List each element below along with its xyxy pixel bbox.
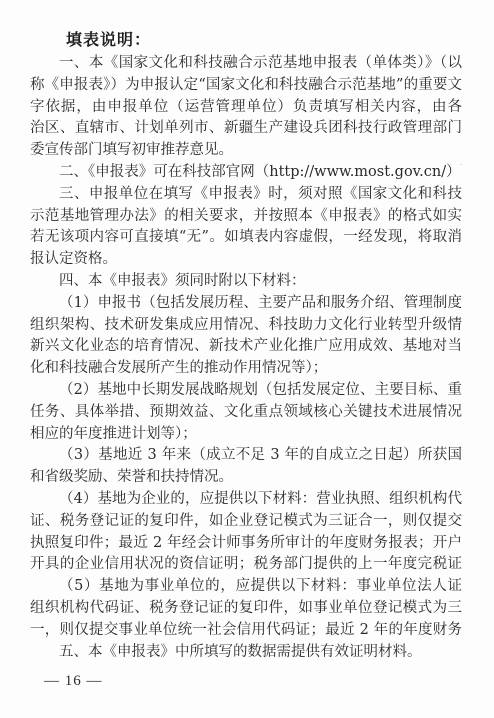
- text-line: （3）基地近 3 年来（成立不足 3 年的自成立之日起）所获国家级: [30, 445, 462, 467]
- text-line: 任务、具体举措、预期效益、文化重点领域核心关键技术进展情况以及: [30, 402, 462, 424]
- text-line: 三、申报单位在填写《申报表》时，须对照《国家文化和科技融合: [30, 184, 462, 206]
- text-line: 称《申报表》）为申报认定“国家文化和科技融合示范基地”的重要文: [30, 75, 462, 97]
- instructions-body: 一、本《国家文化和科技融合示范基地申报表（单体类）》（以下简 称《申报表》）为申…: [30, 53, 462, 663]
- text-line: 组织架构、技术研发集成应用情况、科技助力文化行业转型升级情况、: [30, 315, 462, 337]
- text-line: 示范基地管理办法》的相关要求，并按照本《申报表》的格式如实填写，: [30, 206, 462, 228]
- text-line: 一、本《国家文化和科技融合示范基地申报表（单体类）》（以下简: [30, 53, 462, 75]
- text-line: 五、本《申报表》中所填写的数据需提供有效证明材料。: [30, 642, 462, 664]
- text-line: 新兴文化业态的培育情况、新技术产业化推广应用成效、基地对当地文: [30, 336, 462, 358]
- text-line: （5）基地为事业单位的，应提供以下材料：事业单位法人证书、: [30, 576, 462, 598]
- text-line: 治区、直辖市、计划单列市、新疆生产建设兵团科技行政管理部门和党: [30, 118, 462, 140]
- page-number: — 16 —: [44, 673, 103, 690]
- text-line: 四、本《申报表》须同时附以下材料：: [30, 271, 462, 293]
- text-line: 相应的年度推进计划等）；: [30, 424, 462, 446]
- text-line: 若无该项内容可直接填“无”。如填表内容虚假，一经发现，将取消申: [30, 227, 462, 249]
- document-page: 填表说明： 一、本《国家文化和科技融合示范基地申报表（单体类）》（以下简 称《申…: [0, 0, 494, 718]
- text-line: 执照复印件；最近 2 年经会计师事务所审计的年度财务报表；开户银行: [30, 533, 462, 555]
- text-line: （2）基地中长期发展战略规划（包括发展定位、主要目标、重点: [30, 380, 462, 402]
- text-line: 和省级奖励、荣誉和扶持情况。: [30, 467, 462, 489]
- text-line: 组织机构代码证、税务登记证的复印件，如事业单位登记模式为三证合: [30, 598, 462, 620]
- text-line: 开具的企业信用状况的资信证明；税务部门提供的上一年度完税证明。: [30, 554, 462, 576]
- text-line: 化和科技融合发展所产生的推动作用情况等）；: [30, 358, 462, 380]
- text-line: 二、《申报表》可在科技部官网（http://www.most.gov.cn/）下…: [30, 162, 462, 184]
- text-line: （4）基地为企业的，应提供以下材料：营业执照、组织机构代码: [30, 489, 462, 511]
- text-line: 字依据，由申报单位（运营管理单位）负责填写相关内容，由各省、自: [30, 97, 462, 119]
- section-title: 填表说明：: [66, 27, 151, 50]
- text-line: 委宣传部门填写初审推荐意见。: [30, 140, 462, 162]
- text-line: 报认定资格。: [30, 249, 462, 271]
- text-line: 证、税务登记证的复印件，如企业登记模式为三证合一，则仅提交营业: [30, 511, 462, 533]
- text-line: （1）申报书（包括发展历程、主要产品和服务介绍、管理制度和: [30, 293, 462, 315]
- text-line: 一，则仅提交事业单位统一社会信用代码证；最近 2 年的年度财务报告。: [30, 620, 462, 642]
